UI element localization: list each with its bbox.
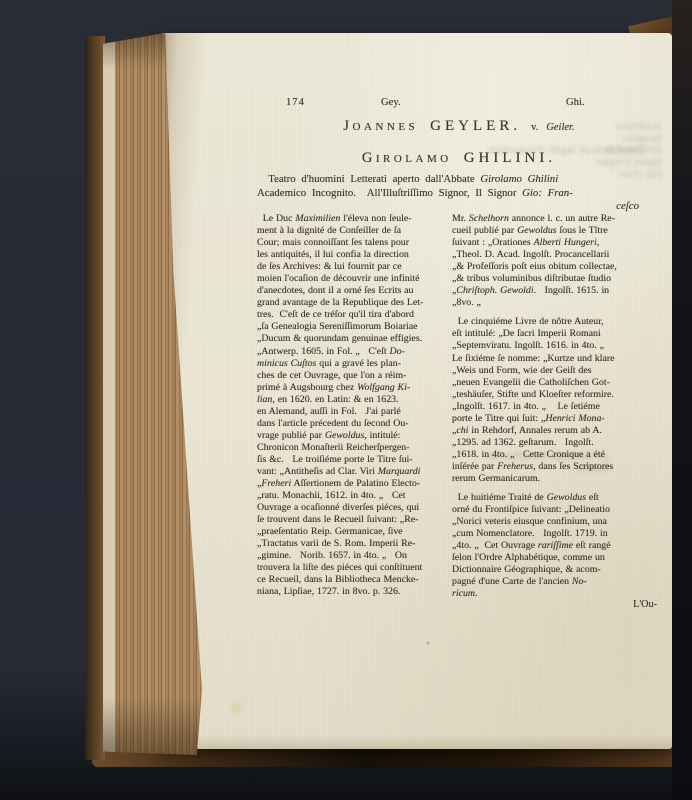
text-line: Teatro d'huomini Letterati aperto dall'A… [257, 173, 661, 187]
text-line: ment à la dignité de Conſeiller de ſa [257, 225, 449, 237]
text-line: de ſes Archives: & lui fournit par ce [257, 261, 449, 273]
text-line: „ratu. Monachii, 1612. in 4to. „ Cet [257, 490, 449, 502]
text-line [452, 485, 644, 492]
text-line: inſérée par Freherus, dans ſes Scriptore… [452, 461, 644, 473]
text-line: „Tractatus varii de S. Rom. Imperii Re- [257, 538, 449, 550]
text-line: Ouvrage a ocaſionné diverſes piéces, qui [257, 502, 449, 514]
text-line: eſt intitulé: „De ſacri Imperii Romani [452, 328, 644, 340]
text-line: „4to. „ Cet Ouvrage rariſſime eſt rangé [452, 540, 644, 552]
text-line: „neuen Evangelii die Catholiſchen Got- [452, 377, 644, 389]
text-line: „Freheri Aſſertionem de Palatino Electo- [257, 478, 449, 490]
entry-name-small: Joannes [343, 118, 418, 135]
text-line: ricum. [452, 588, 644, 600]
text-line: „Ingolſt. 1617. in 4to. „ Le ſetiéme [452, 401, 644, 413]
entry-name-caps: GEYLER. [430, 118, 521, 135]
running-head-left: Gey. [381, 97, 401, 108]
see-reference: Geiler. [546, 122, 574, 133]
text-line: ſuivant : „Orationes Alberti Hungeri, [452, 237, 644, 249]
text-line [452, 309, 644, 316]
entry-heading-geyler: Joannes GEYLER. v. Geiler. [257, 117, 661, 135]
text-line: dans l'article précedent du ſecond Ou- [257, 418, 449, 430]
text-line: ches de cet Ouvrage, que l'on a réim- [257, 370, 449, 382]
book-cover-left-edge [85, 36, 105, 760]
book-scan: „Theol. D. Acad. Ingolſt. Procancellarii… [0, 0, 692, 800]
text-line: vant: „Antitheſis ad Clar. Viri Marquard… [257, 466, 449, 478]
text-line: niana, Lipſiae, 1727. in 8vo. p. 326. [257, 586, 449, 598]
dedication-paragraph: Teatro d'huomini Letterati aperto dall'A… [257, 173, 661, 214]
text-line: Le ſixiéme ſe nomme: „Kurtze und klare [452, 353, 644, 365]
text-line: rerum Germanicarum. [452, 473, 644, 485]
text-line: d'anecdotes, dont il a orné ſes Ecrits a… [257, 285, 449, 297]
text-line: „Theol. D. Acad. Ingolſt. Procancellarii [452, 249, 644, 261]
text-line: „chi in Rehdorf, Annales rerum ab A. [452, 425, 644, 437]
text-line: „& Profeſſoris poſt eius obitum collecta… [452, 261, 644, 273]
text-line: „teshäuſer, Stifte und Kloeſter reformir… [452, 389, 644, 401]
page-number: 174 [286, 97, 305, 108]
text-line: ſelon l'Ordre Alphabétique, comme un [452, 552, 644, 564]
scan-right-shadow [672, 0, 692, 800]
running-head-right: Ghi. [566, 97, 585, 108]
text-line: minicus Cuſtos qui a gravé les plan- [257, 358, 449, 370]
text-line: trouvera la liſte des piéces qui conſtit… [257, 562, 449, 574]
text-line: tres. C'eſt de ce tréſor qu'il tira d'ab… [257, 309, 449, 321]
text-line: „cum Nomenclatore. Ingolſt. 1719. in [452, 528, 644, 540]
catchword: L'Ou- [633, 599, 657, 610]
book-page: „Theol. D. Acad. Ingolſt. Procancellarii… [160, 33, 672, 749]
text-line: lian, en 1620. en Latin: & en 1623. [257, 394, 449, 406]
text-line: „praeſentatio Reip. Germanicae, ſive [257, 526, 449, 538]
see-abbrev: v. [531, 122, 538, 133]
text-line: Academico Incognito. All'Illuſtriſſimo S… [257, 187, 661, 201]
text-line: en Alemand, auſſi in Fol. J'ai parlé [257, 406, 449, 418]
text-line: „gimine. Norib. 1657. in 4to. „ On [257, 550, 449, 562]
text-line: ce Recueil, dans la Bibliotheca Mencke- [257, 574, 449, 586]
text-line: „Norici veteris eiusque confinium, una [452, 516, 644, 528]
text-line: ſis &c. Le troiſiéme porte le Titre ſui- [257, 454, 449, 466]
text-line: cueil publié par Gewoldus ſous le Tître [452, 225, 644, 237]
text-line: ſe trouvent dans le Recueil ſuivant: „Re… [257, 514, 449, 526]
text-line: „& tribus voluminibus diſtributae ſtudio [452, 273, 644, 285]
entry-name-caps: GHILINI. [464, 150, 556, 167]
text-line: grand avantage de la Republique des Let- [257, 297, 449, 309]
entry-name-small: Girolamo [362, 150, 452, 167]
text-column-right: Mr. Schelhorn annonce l. c. un autre Re-… [452, 213, 644, 600]
text-column-left: Le Duc Maximilien l'éleva non ſeule-ment… [257, 213, 449, 599]
text-line: „Septemviratu. Ingolſt. 1616. in 4to. „ [452, 340, 644, 352]
text-line: „1618. in 4to. „ Cette Cronique a été [452, 449, 644, 461]
text-line: „1295. ad 1362. geſtarum. Ingolſt. [452, 437, 644, 449]
text-line: „Ducum & quorundam genuinae effigies. [257, 333, 449, 345]
text-line: les antiquités, il lui confia la directi… [257, 249, 449, 261]
text-line: Mr. Schelhorn annonce l. c. un autre Re- [452, 213, 644, 225]
text-line: „Weis und Form, wie der Geiſt des [452, 365, 644, 377]
text-line: Le Duc Maximilien l'éleva non ſeule- [257, 213, 449, 225]
text-line: primé à Augsbourg chez Wolfgang Ki- [257, 382, 449, 394]
text-line: vrage publié par Gewoldus, intitulé: [257, 430, 449, 442]
text-line: Le cinquiéme Livre de nôtre Auteur, [452, 316, 644, 328]
text-line: Cour; mais connoiſſant ſes talens pour [257, 237, 449, 249]
text-line: „Antwerp. 1605. in Fol. „ C'eſt Do- [257, 346, 449, 358]
text-line: Chronicon Monaſterii Reicherſpergen- [257, 442, 449, 454]
dedication-lines: Teatro d'huomini Letterati aperto dall'A… [257, 173, 661, 200]
text-line: porte le Titre qui ſuit: „Henrici Mona- [452, 413, 644, 425]
text-line: Dictionnaire Géographique, & acom- [452, 564, 644, 576]
entry-heading-ghilini: Girolamo GHILINI. [257, 149, 661, 167]
text-line: pagné d'une Carte de l'ancien No- [452, 576, 644, 588]
text-line: moien l'ocaſion de découvrir une infinit… [257, 273, 449, 285]
text-line: Le huitiéme Traité de Gewoldus eſt [452, 492, 644, 504]
text-line: „Chriſtoph. Gewoldi. Ingolſt. 1615. in [452, 285, 644, 297]
dedication-hang-word: ceſco [257, 200, 661, 214]
text-line: „ſa Genealogia Sereniſſimorum Boiariae [257, 321, 449, 333]
page-text: „Theol. D. Acad. Ingolſt. Procancellarii… [160, 33, 672, 749]
text-line: „8vo. „ [452, 297, 644, 309]
text-line: orné du Frontiſpice ſuivant: „Delineatio [452, 504, 644, 516]
